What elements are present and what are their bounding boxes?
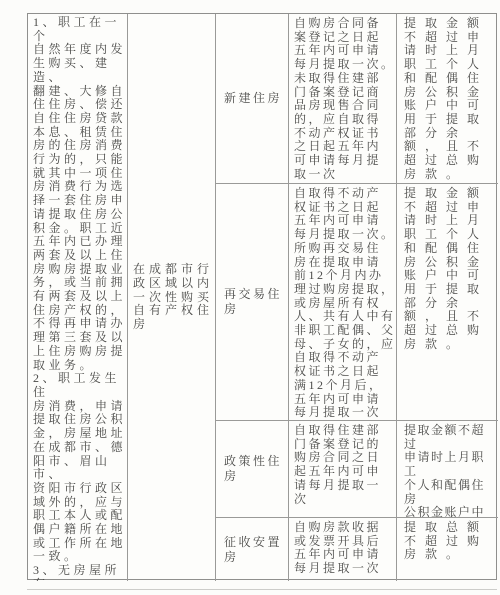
housing-type-resale: 再交易住 房 [216, 184, 289, 421]
housing-type-new-build: 新建住房 [216, 14, 289, 184]
amount-limit-resale: 提取金额 不超过申 请时上月 职工个人 和配偶住 房公积金 账户中可 用于提取 … [397, 184, 498, 421]
scope-condition-cell: 在成都市行 政区域以内 一次性购买 自有产权住 房 [128, 14, 216, 581]
time-limit-resale: 自取得不动产 权证书之日起 五年内可申请 每月提取一次。 所购再交易住 房在提取… [289, 184, 397, 421]
general-notes-cell: 1、职工在一个 自然年度内发 生购买、建造、 翻建、大修自 住住房、偿还 自住住… [28, 14, 128, 581]
policy-table: 1、职工在一个 自然年度内发 生购买、建造、 翻建、大修自 住住房、偿还 自住住… [27, 13, 497, 580]
amount-limit-new-build: 提取金额 不超过申 请时上月 职工个人 和配偶住 房公积金 账户中可 用于提取 … [397, 14, 498, 184]
amount-limit-policy: 提取金额不超过 申请时上月职工 个人和配偶住房 公积金账户中可 用于提取部分余 … [397, 421, 498, 518]
amount-limit-requisition: 提取总额 不超过购 房款。 [397, 518, 498, 581]
time-limit-requisition: 自购房款收据 或发票开具后 五年内可申请 每月提取一次 [289, 518, 397, 581]
housing-type-requisition: 征收安置 房 [216, 518, 289, 581]
housing-type-policy: 政策性住 房 [216, 421, 289, 518]
time-limit-new-build: 自购房合同备 案登记之日起 五年内可申请 每月提取一次。 未取得住建部 门备案登… [289, 14, 397, 184]
scanned-policy-document: 1、职工在一个 自然年度内发 生购买、建造、 翻建、大修自 住住房、偿还 自住住… [0, 0, 500, 595]
cropped-next-row-line [27, 589, 497, 590]
time-limit-policy: 自取得住建部 门备案登记的 购房合同之日 起五年内可申 请每月提取一 次 [289, 421, 397, 518]
